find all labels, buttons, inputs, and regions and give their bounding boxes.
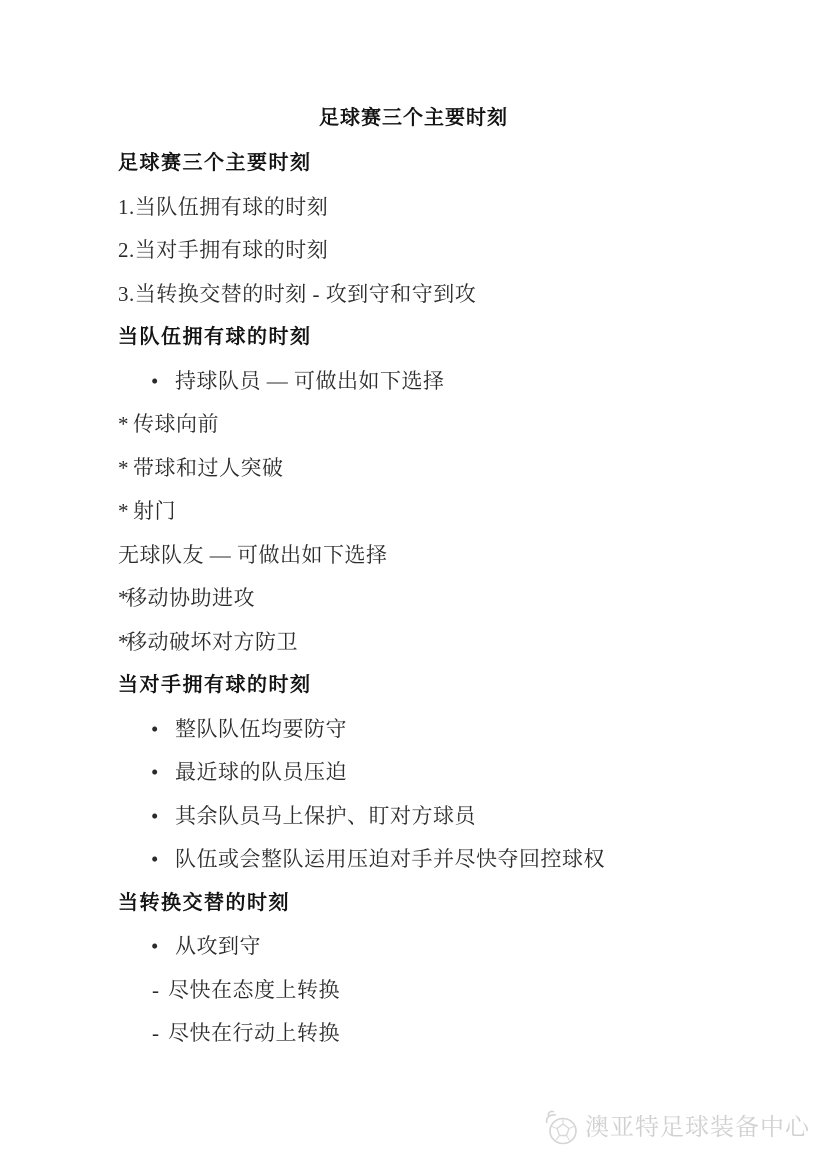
- line-text: 整队队伍均要防守: [175, 717, 347, 741]
- bullet-marker: •: [118, 935, 175, 957]
- brand-watermark: 澳亚特足球装备中心: [543, 1107, 810, 1149]
- line-text: 持球队员 — 可做出如下选择: [175, 369, 445, 393]
- soccer-ball-icon: [543, 1107, 579, 1149]
- line-text: 从攻到守: [175, 934, 261, 958]
- bullet-marker: •: [118, 805, 175, 827]
- asterisk-marker: *: [118, 631, 126, 653]
- line-text: 传球向前: [133, 412, 219, 436]
- plain-line: 无球队友 — 可做出如下选择: [118, 544, 777, 566]
- star-line: *带球和过人突破: [118, 457, 777, 479]
- line-text: 移动破坏对方防卫: [126, 630, 298, 654]
- dash-marker: -: [118, 1022, 168, 1044]
- bullet-marker: •: [118, 370, 175, 392]
- brand-name: 澳亚特足球装备中心: [585, 1113, 810, 1143]
- star-line: *传球向前: [118, 413, 777, 435]
- line-text: 其余队员马上保护、盯对方球员: [175, 804, 476, 828]
- asterisk-marker: *: [118, 587, 126, 609]
- document-page: 足球赛三个主要时刻 足球赛三个主要时刻 1.当队伍拥有球的时刻 2.当对手拥有球…: [0, 0, 827, 1169]
- section-heading: 当对手拥有球的时刻: [118, 674, 777, 696]
- star-line: *移动协助进攻: [118, 587, 777, 609]
- star-line: *射门: [118, 500, 777, 522]
- document-body: 足球赛三个主要时刻 1.当队伍拥有球的时刻 2.当对手拥有球的时刻 3.当转换交…: [0, 152, 827, 1044]
- line-text: 最近球的队员压迫: [175, 760, 347, 784]
- bullet-marker: •: [118, 848, 175, 870]
- line-text: 带球和过人突破: [133, 456, 284, 480]
- numbered-line: 3.当转换交替的时刻 - 攻到守和守到攻: [118, 283, 777, 305]
- section-heading: 当转换交替的时刻: [118, 892, 777, 914]
- line-text: 移动协助进攻: [126, 586, 255, 610]
- bullet-marker: •: [118, 718, 175, 740]
- line-text: 尽快在态度上转换: [168, 978, 340, 1002]
- asterisk-marker: *: [118, 457, 133, 479]
- bullet-line: •队伍或会整队运用压迫对手并尽快夺回控球权: [118, 848, 777, 870]
- bullet-line: •持球队员 — 可做出如下选择: [118, 370, 777, 392]
- line-text: 队伍或会整队运用压迫对手并尽快夺回控球权: [175, 847, 605, 871]
- star-line: *移动破坏对方防卫: [118, 631, 777, 653]
- asterisk-marker: *: [118, 500, 133, 522]
- section-heading: 当队伍拥有球的时刻: [118, 326, 777, 348]
- bullet-line: •其余队员马上保护、盯对方球员: [118, 805, 777, 827]
- numbered-line: 2.当对手拥有球的时刻: [118, 239, 777, 261]
- line-text: 尽快在行动上转换: [168, 1021, 340, 1045]
- section-heading: 足球赛三个主要时刻: [118, 152, 777, 174]
- line-text: 射门: [133, 499, 176, 523]
- numbered-line: 1.当队伍拥有球的时刻: [118, 196, 777, 218]
- bullet-line: •整队队伍均要防守: [118, 718, 777, 740]
- bullet-line: •最近球的队员压迫: [118, 761, 777, 783]
- dash-line: -尽快在态度上转换: [118, 979, 777, 1001]
- bullet-line: •从攻到守: [118, 935, 777, 957]
- page-title: 足球赛三个主要时刻: [0, 106, 827, 130]
- dash-marker: -: [118, 979, 168, 1001]
- bullet-marker: •: [118, 761, 175, 783]
- asterisk-marker: *: [118, 413, 133, 435]
- dash-line: -尽快在行动上转换: [118, 1022, 777, 1044]
